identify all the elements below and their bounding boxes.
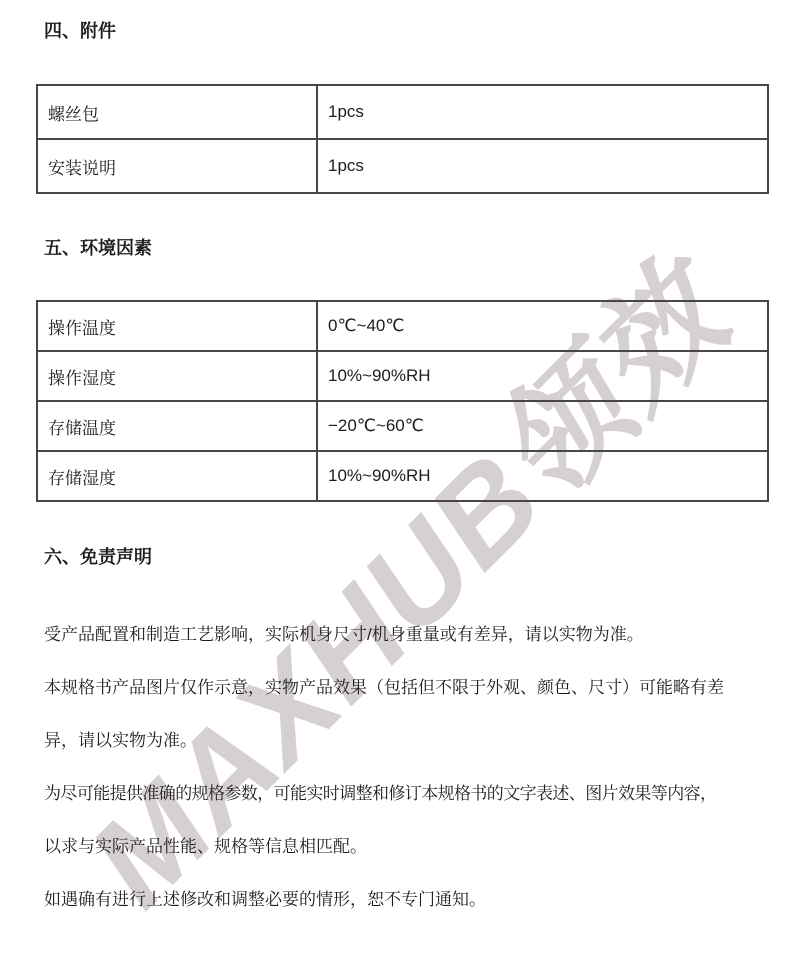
disclaimer-line: 异，请以实物为准。 <box>44 730 759 752</box>
env-value-cell: 10%~90%RH <box>317 351 768 401</box>
env-value-cell: 10%~90%RH <box>317 451 768 501</box>
env-value-cell: 0℃~40℃ <box>317 301 768 351</box>
table-row: 螺丝包 1pcs <box>37 85 768 139</box>
disclaimer-line: 本规格书产品图片仅作示意，实物产品效果（包括但不限于外观、颜色、尺寸）可能略有差 <box>44 677 759 699</box>
document-page: MAXHUB领效 四、附件 螺丝包 1pcs 安装说明 1pcs 五、环境因素 <box>0 0 790 958</box>
disclaimer-line: 受产品配置和制造工艺影响，实际机身尺寸/机身重量或有差异，请以实物为准。 <box>44 624 759 646</box>
table-row: 存储温度 −20℃~60℃ <box>37 401 768 451</box>
table-row: 操作温度 0℃~40℃ <box>37 301 768 351</box>
attachment-name-cell: 安装说明 <box>37 139 317 193</box>
attachments-table: 螺丝包 1pcs 安装说明 1pcs <box>36 84 769 194</box>
attachment-name-cell: 螺丝包 <box>37 85 317 139</box>
env-factor-cell: 操作湿度 <box>37 351 317 401</box>
document-content: 四、附件 螺丝包 1pcs 安装说明 1pcs 五、环境因素 操作温度 <box>0 0 790 958</box>
table-row: 安装说明 1pcs <box>37 139 768 193</box>
env-value-cell: −20℃~60℃ <box>317 401 768 451</box>
env-factor-cell: 存储温度 <box>37 401 317 451</box>
section-heading-environment: 五、环境因素 <box>44 234 152 260</box>
attachment-qty-cell: 1pcs <box>317 85 768 139</box>
table-row: 操作湿度 10%~90%RH <box>37 351 768 401</box>
attachment-qty-cell: 1pcs <box>317 139 768 193</box>
env-factor-cell: 存储湿度 <box>37 451 317 501</box>
table-row: 存储湿度 10%~90%RH <box>37 451 768 501</box>
disclaimer-line: 如遇确有进行上述修改和调整必要的情形，恕不专门通知。 <box>44 889 759 911</box>
environment-table: 操作温度 0℃~40℃ 操作湿度 10%~90%RH 存储温度 −20℃~60℃… <box>36 300 769 502</box>
section-heading-attachments: 四、附件 <box>44 17 116 43</box>
disclaimer-line: 以求与实际产品性能、规格等信息相匹配。 <box>44 836 759 858</box>
disclaimer-line: 为尽可能提供准确的规格参数，可能实时调整和修订本规格书的文字表述、图片效果等内容… <box>44 783 759 805</box>
env-factor-cell: 操作温度 <box>37 301 317 351</box>
section-heading-disclaimer: 六、免责声明 <box>44 543 152 569</box>
